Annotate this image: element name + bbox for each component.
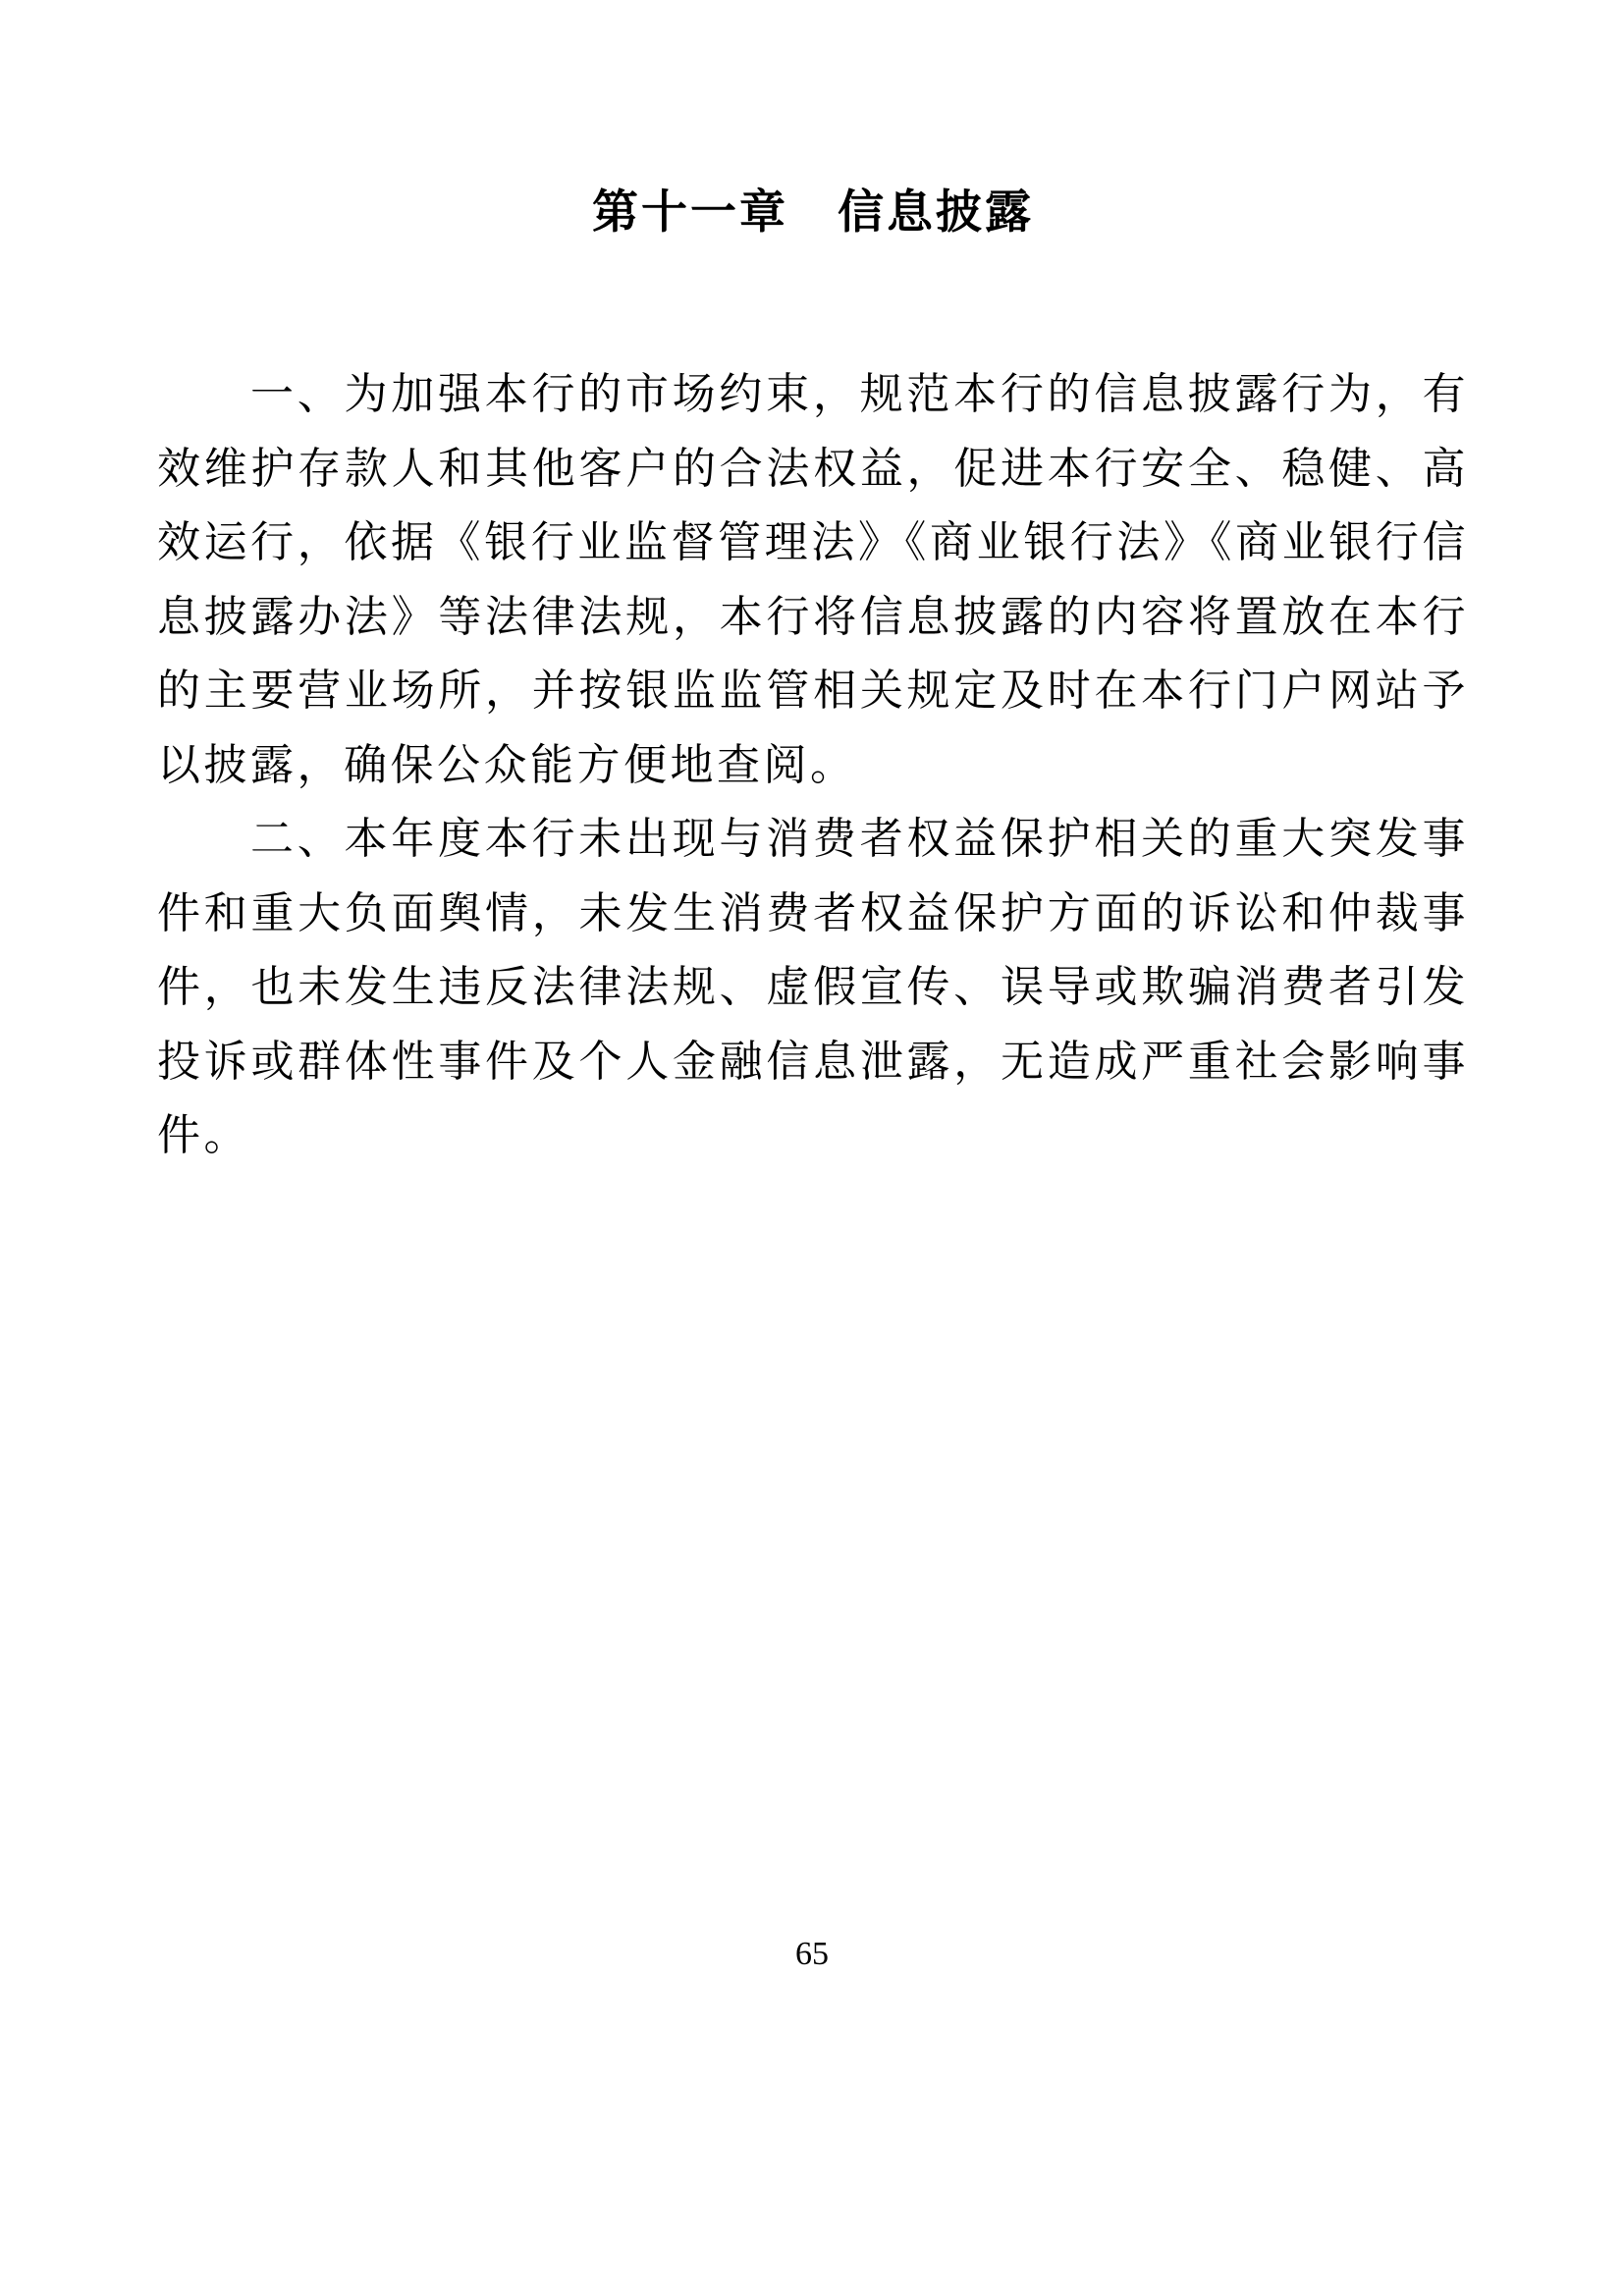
page-content: 第十一章 信息披露 一、为加强本行的市场约束，规范本行的信息披露行为，有效维护存… xyxy=(157,183,1469,1173)
document-page: 第十一章 信息披露 一、为加强本行的市场约束，规范本行的信息披露行为，有效维护存… xyxy=(0,0,1624,2296)
paragraph-1: 一、为加强本行的市场约束，规范本行的信息披露行为，有效维护存款人和其他客户的合法… xyxy=(157,357,1469,802)
page-number: 65 xyxy=(0,1936,1624,1973)
paragraph-2: 二、本年度本行未出现与消费者权益保护相关的重大突发事件和重大负面舆情，未发生消费… xyxy=(157,802,1469,1173)
chapter-title: 第十一章 信息披露 xyxy=(157,183,1469,241)
body-text: 一、为加强本行的市场约束，规范本行的信息披露行为，有效维护存款人和其他客户的合法… xyxy=(157,357,1469,1173)
